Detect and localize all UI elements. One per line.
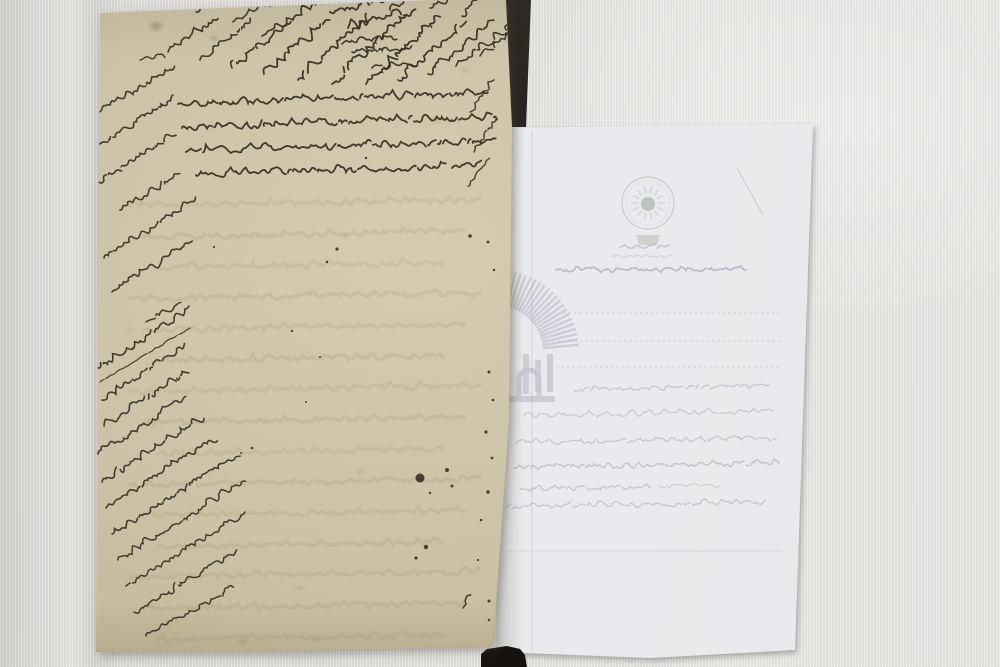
ink-specks (213, 157, 495, 621)
top-scrawl-notes (140, 0, 527, 87)
manuscript-page-wrap (0, 0, 1000, 667)
marginal-notes-right (466, 78, 498, 187)
archive-photo (0, 0, 1000, 667)
marginal-notes-left (92, 64, 471, 637)
handwritten-text (0, 0, 1000, 667)
main-text-block (178, 87, 497, 178)
manuscript-page (0, 0, 1000, 667)
